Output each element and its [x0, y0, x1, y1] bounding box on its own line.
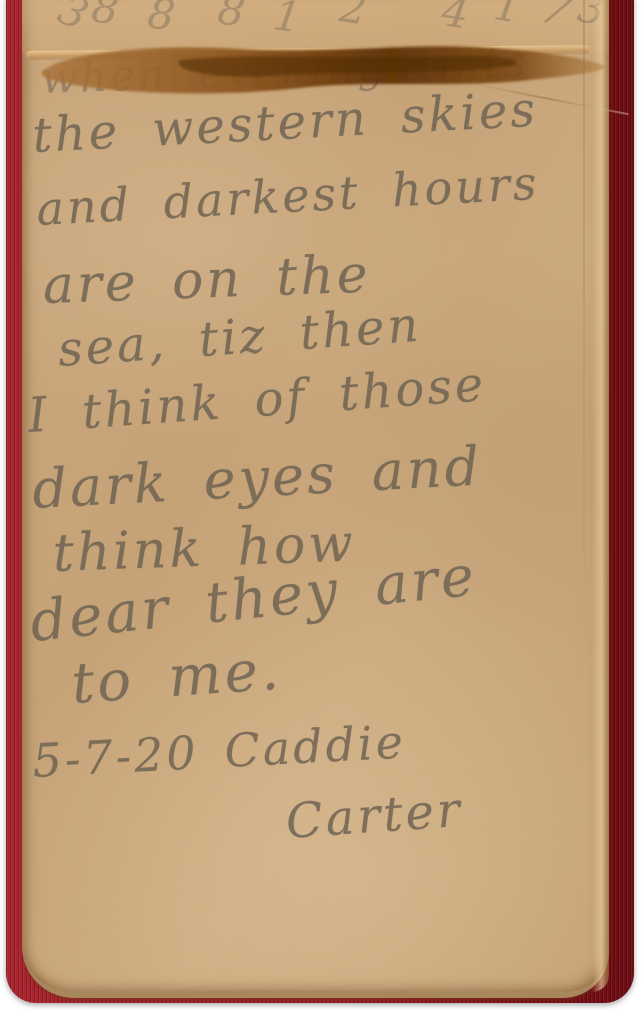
signature-first-name: Caddie: [223, 715, 407, 778]
handwriting-line: to me.: [69, 638, 283, 717]
handwriting-line: and darkest hours: [35, 156, 540, 236]
tear-stain: [30, 36, 620, 106]
stain-shape: [30, 36, 620, 106]
signature-row: 5-7-20 Caddie: [31, 715, 407, 788]
notebook-page: 3 8 8 8 1 2 4 1 7 3 when evening tints t…: [22, 0, 609, 998]
ghost-fragment: 8: [145, 0, 180, 41]
page-stack-edge: [592, 0, 609, 992]
ghost-fragment: 8: [215, 0, 250, 37]
date-text: 5-7-20: [31, 725, 200, 788]
signature-last-name: Carter: [284, 782, 464, 850]
handwriting-line: dark eyes and: [31, 435, 484, 521]
ghost-fragment: 7: [535, 0, 577, 38]
ghost-fragment: 8: [89, 0, 124, 35]
ghost-fragment: 4: [439, 0, 474, 39]
ghost-fragment: 2: [337, 0, 372, 35]
scan-area: 3 8 8 8 1 2 4 1 7 3 when evening tints t…: [0, 0, 642, 1023]
scanned-journal-photo: { "document": { "kind": "handwritten jou…: [0, 0, 642, 1023]
ghost-fragment: 1: [491, 0, 526, 33]
